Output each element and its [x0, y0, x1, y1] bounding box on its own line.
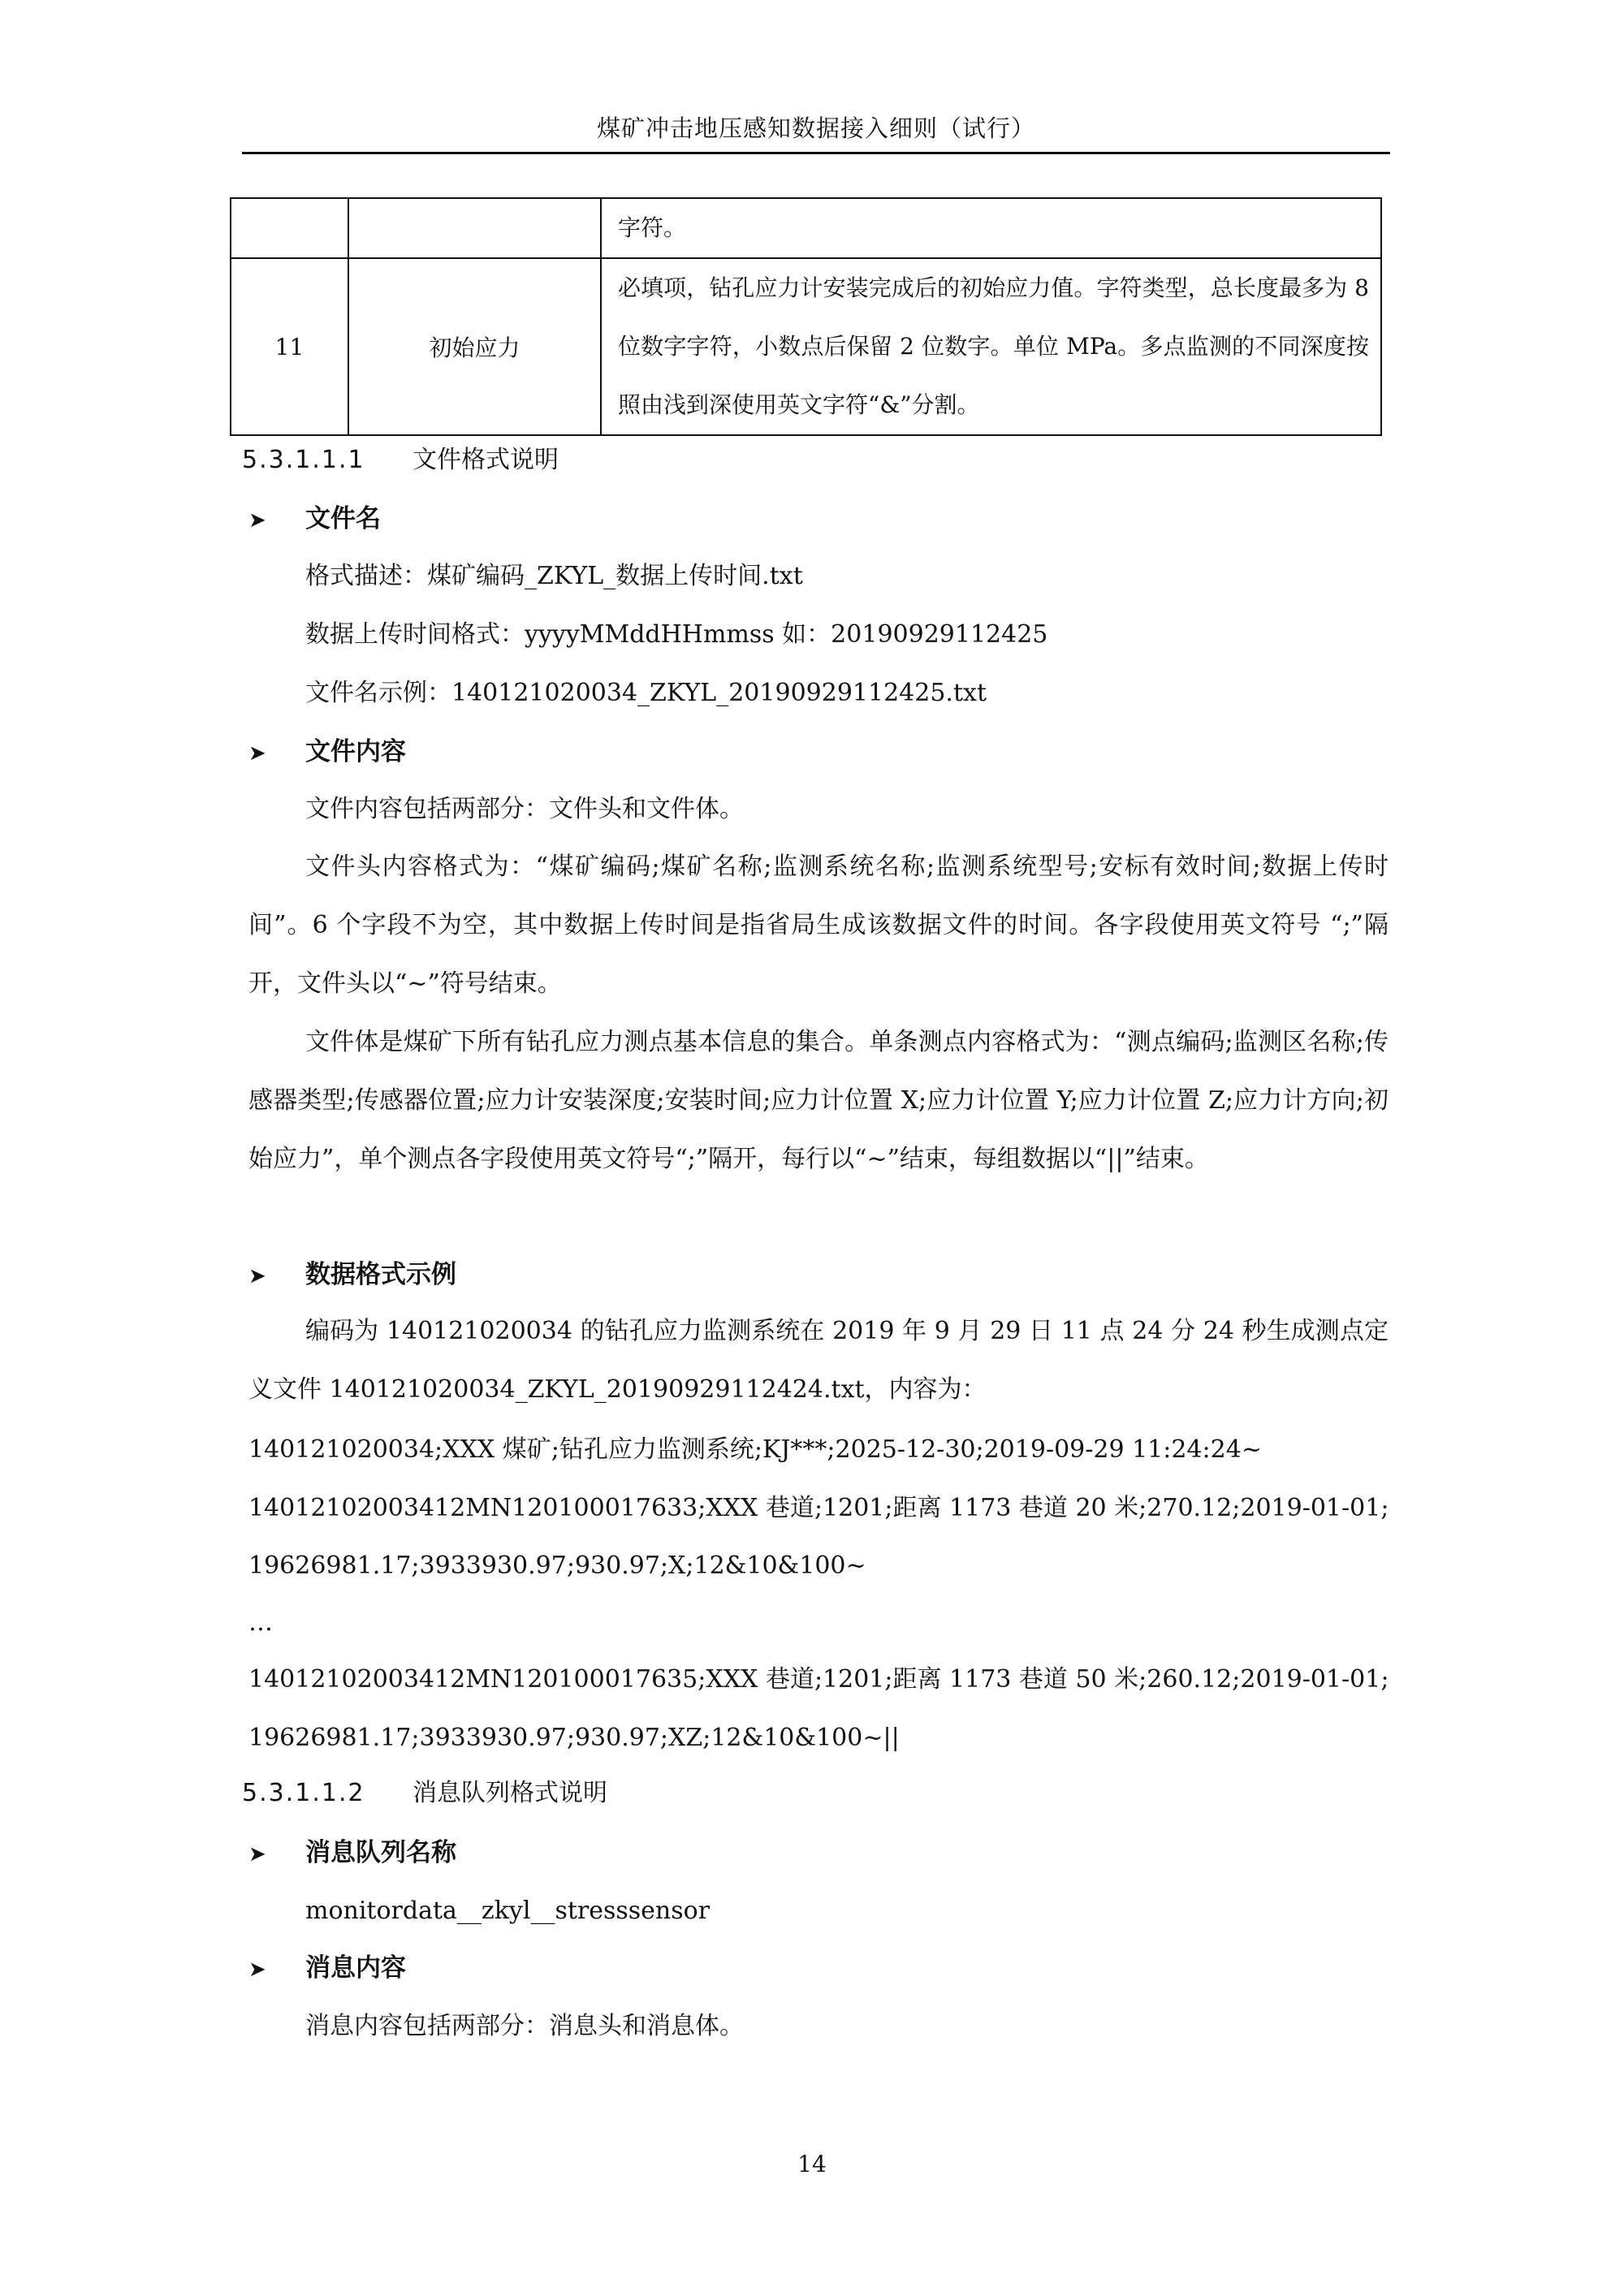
- section-heading: 5.3.1.1.1文件格式说明: [242, 444, 559, 477]
- bullet-heading: ➤消息内容: [248, 1952, 406, 1986]
- message-intro: 消息内容包括两部分：消息头和消息体。: [305, 2010, 744, 2043]
- example-line: 14012102003412MN120100017635;XXX 巷道;1201…: [248, 1664, 1389, 1696]
- table-cell-no: [231, 198, 348, 258]
- bullet-label: 消息队列名称: [305, 1838, 456, 1867]
- bullet-label: 数据格式示例: [305, 1260, 456, 1289]
- format-description: 格式描述：煤矿编码_ZKYL_数据上传时间.txt: [305, 560, 803, 593]
- bullet-heading: ➤消息队列名称: [248, 1836, 456, 1871]
- example-line: …: [248, 1607, 273, 1639]
- arrowhead-bullet-icon: ➤: [248, 737, 305, 770]
- table-row: 字符。: [231, 198, 1381, 258]
- filename-example: 文件名示例：140121020034_ZKYL_20190929112425.t…: [305, 677, 987, 710]
- bullet-heading: ➤文件名: [248, 503, 381, 537]
- header-rule: [242, 152, 1390, 154]
- header-format-paragraph: 文件头内容格式为：“煤矿编码;煤矿名称;监测系统名称;监测系统型号;安标有效时间…: [248, 838, 1389, 1013]
- table-cell-desc: 字符。: [601, 198, 1381, 258]
- bullet-label: 消息内容: [305, 1953, 406, 1983]
- table-row: 11 初始应力 必填项，钻孔应力计安装完成后的初始应力值。字符类型，总长度最多为…: [231, 258, 1381, 435]
- bullet-label: 文件名: [305, 504, 381, 533]
- content-intro: 文件内容包括两部分：文件头和文件体。: [305, 793, 744, 826]
- arrowhead-bullet-icon: ➤: [248, 504, 305, 537]
- table-cell-name: [348, 198, 601, 258]
- section-number: 5.3.1.1.1: [242, 444, 412, 477]
- arrowhead-bullet-icon: ➤: [248, 1838, 305, 1871]
- example-line: 140121020034;XXX 煤矿;钻孔应力监测系统;KJ***;2025-…: [248, 1434, 1262, 1466]
- table-cell-desc: 必填项，钻孔应力计安装完成后的初始应力值。字符类型，总长度最多为 8 位数字字符…: [601, 258, 1381, 435]
- queue-name: monitordata__zkyl__stresssensor: [305, 1895, 710, 1927]
- example-line: 19626981.17;3933930.97;930.97;X;12&10&10…: [248, 1550, 866, 1582]
- table-cell-name: 初始应力: [348, 258, 601, 435]
- table-cell-no: 11: [231, 258, 348, 435]
- section-title: 文件格式说明: [412, 446, 559, 474]
- section-title: 消息队列格式说明: [412, 1779, 607, 1807]
- section-number: 5.3.1.1.2: [242, 1777, 412, 1810]
- body-format-paragraph: 文件体是煤矿下所有钻孔应力测点基本信息的集合。单条测点内容格式为：“测点编码;监…: [248, 1013, 1389, 1189]
- arrowhead-bullet-icon: ➤: [248, 1953, 305, 1986]
- time-format: 数据上传时间格式：yyyyMMddHHmmss 如：20190929112425: [305, 619, 1047, 651]
- bullet-heading: ➤数据格式示例: [248, 1258, 456, 1293]
- example-intro-paragraph: 编码为 140121020034 的钻孔应力监测系统在 2019 年 9 月 2…: [248, 1302, 1389, 1419]
- example-line: 19626981.17;3933930.97;930.97;XZ;12&10&1…: [248, 1722, 900, 1754]
- page-header-title: 煤矿冲击地压感知数据接入细则（试行）: [242, 112, 1390, 145]
- page-number: 14: [0, 2150, 1624, 2179]
- bullet-heading: ➤文件内容: [248, 736, 406, 770]
- arrowhead-bullet-icon: ➤: [248, 1260, 305, 1293]
- example-line: 14012102003412MN120100017633;XXX 巷道;1201…: [248, 1492, 1389, 1525]
- field-spec-table: 字符。 11 初始应力 必填项，钻孔应力计安装完成后的初始应力值。字符类型，总长…: [230, 197, 1382, 436]
- section-heading: 5.3.1.1.2消息队列格式说明: [242, 1777, 607, 1810]
- bullet-label: 文件内容: [305, 737, 406, 766]
